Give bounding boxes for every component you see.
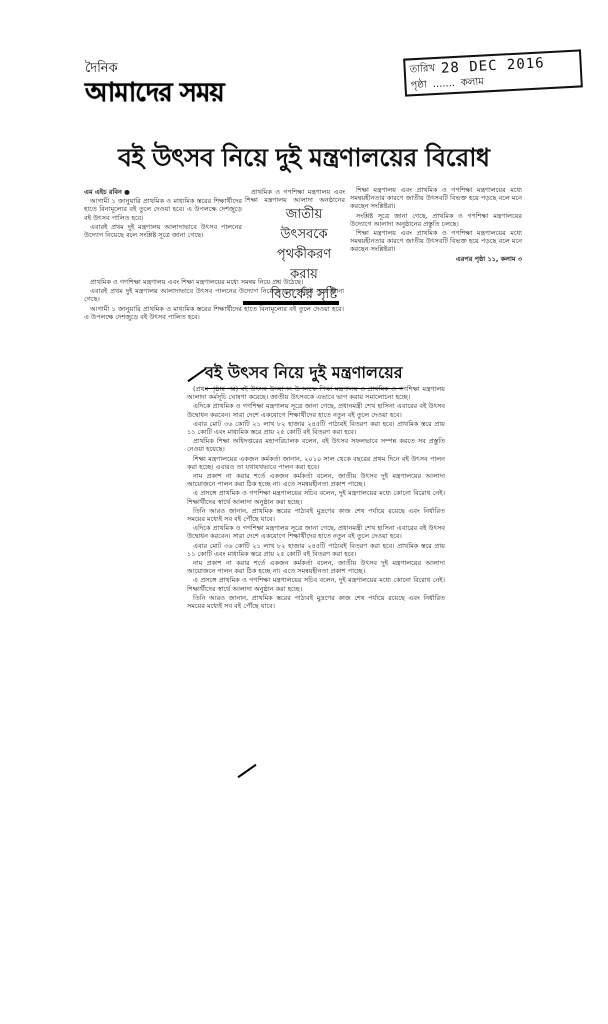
article-left-column-bottom: প্রাথমিক ও গণশিক্ষা মন্ত্রণালয় এবং শিক্… (84, 278, 344, 340)
paragraph: সংশ্লিষ্ট সূত্রে জানা গেছে, প্রাথমিক ও গ… (350, 212, 522, 228)
article-left-column-top: এম এইচ রবিন ● আগামী ১ জানুয়ারি প্রাথমিক… (84, 188, 242, 276)
continuation-body: (প্রথম পৃষ্ঠার পর) বই উৎসব উদযাপন উপলক্ষ… (187, 385, 445, 765)
paragraph: প্রাথমিক ও গণশিক্ষা মন্ত্রণালয় এবং শিক্… (245, 188, 345, 202)
pen-mark (237, 764, 256, 778)
paragraph: তিনি আরও জানান, প্রাথমিক স্তরের পাঠ্যবই … (187, 594, 445, 610)
masthead-subtitle: দৈনিক (85, 62, 224, 76)
paragraph: প্রাথমিক শিক্ষা অধিদপ্তরের মহাপরিচালক বল… (187, 437, 445, 453)
paragraph: এ প্রসঙ্গে প্রাথমিক ও গণশিক্ষা মন্ত্রণাল… (187, 576, 445, 592)
article-middle-column-top: প্রাথমিক ও গণশিক্ষা মন্ত্রণালয় এবং শিক্… (245, 188, 345, 202)
paragraph: এবারই প্রথম দুই মন্ত্রণালয় আলাদাভাবে উৎ… (84, 223, 242, 239)
paragraph: এবারই প্রথম দুই মন্ত্রণালয় আলাদাভাবে উৎ… (84, 287, 344, 303)
paragraph: প্রাথমিক ও গণশিক্ষা মন্ত্রণালয় এবং শিক্… (84, 278, 344, 286)
date-stamp: তারিখ 28 DEC 2016 পৃষ্ঠা ....... কলাম (403, 49, 583, 96)
paragraph: এদিকে প্রাথমিক ও গণশিক্ষা মন্ত্রণালয় সূ… (187, 402, 445, 418)
stamp-page-label: পৃষ্ঠা (410, 77, 427, 94)
continuation-note: এরপর পৃষ্ঠা ১১, কলাম ৩ (350, 255, 522, 263)
paragraph: এবার মোট ৩৬ কোটি ২১ লাখ ৮২ হাজার ২৪৫টি প… (187, 420, 445, 436)
paragraph: নাম প্রকাশ না করার শর্তে একজন কর্মকর্তা … (187, 559, 445, 575)
paragraph: নাম প্রকাশ না করার শর্তে একজন কর্মকর্তা … (187, 472, 445, 488)
paragraph: শিক্ষা মন্ত্রণালয়ের একজন কর্মকর্তা জানা… (187, 455, 445, 471)
newspaper-masthead: দৈনিক আমাদের সময় (85, 62, 224, 108)
subhead-line: জাতীয় উৎসবকে (262, 205, 346, 245)
paragraph: তিনি আরও জানান, প্রাথমিক স্তরের পাঠ্যবই … (187, 507, 445, 523)
stamp-date-label: তারিখ (409, 61, 435, 78)
stamp-column-label: কলাম (461, 75, 485, 92)
paragraph: আগামী ১ জানুয়ারি প্রাথমিক ও মাধ্যমিক স্… (84, 305, 344, 321)
paragraph: শিক্ষা মন্ত্রণালয় এবং প্রাথমিক ও গণশিক্… (350, 186, 522, 211)
masthead-name: আমাদের সময় (85, 78, 224, 108)
article-headline: বই উৎসব নিয়ে দুই মন্ত্রণালয়ের বিরোধ (118, 138, 490, 181)
paragraph: এদিকে প্রাথমিক ও গণশিক্ষা মন্ত্রণালয় সূ… (187, 524, 445, 540)
paragraph: এ প্রসঙ্গে প্রাথমিক ও গণশিক্ষা মন্ত্রণাল… (187, 489, 445, 505)
paragraph: এবার মোট ৩৬ কোটি ২১ লাখ ৮২ হাজার ২৪৫টি প… (187, 542, 445, 558)
paragraph: (প্রথম পৃষ্ঠার পর) বই উৎসব উদযাপন উপলক্ষ… (187, 385, 445, 401)
paragraph: আগামী ১ জানুয়ারি প্রাথমিক ও মাধ্যমিক স্… (84, 197, 242, 222)
pen-mark (187, 368, 206, 382)
article-right-column: শিক্ষা মন্ত্রণালয় এবং প্রাথমিক ও গণশিক্… (350, 186, 522, 338)
article-byline: এম এইচ রবিন ● (84, 188, 242, 196)
paragraph: শিক্ষা মন্ত্রণালয় এবং প্রাথমিক ও গণশিক্… (350, 229, 522, 254)
